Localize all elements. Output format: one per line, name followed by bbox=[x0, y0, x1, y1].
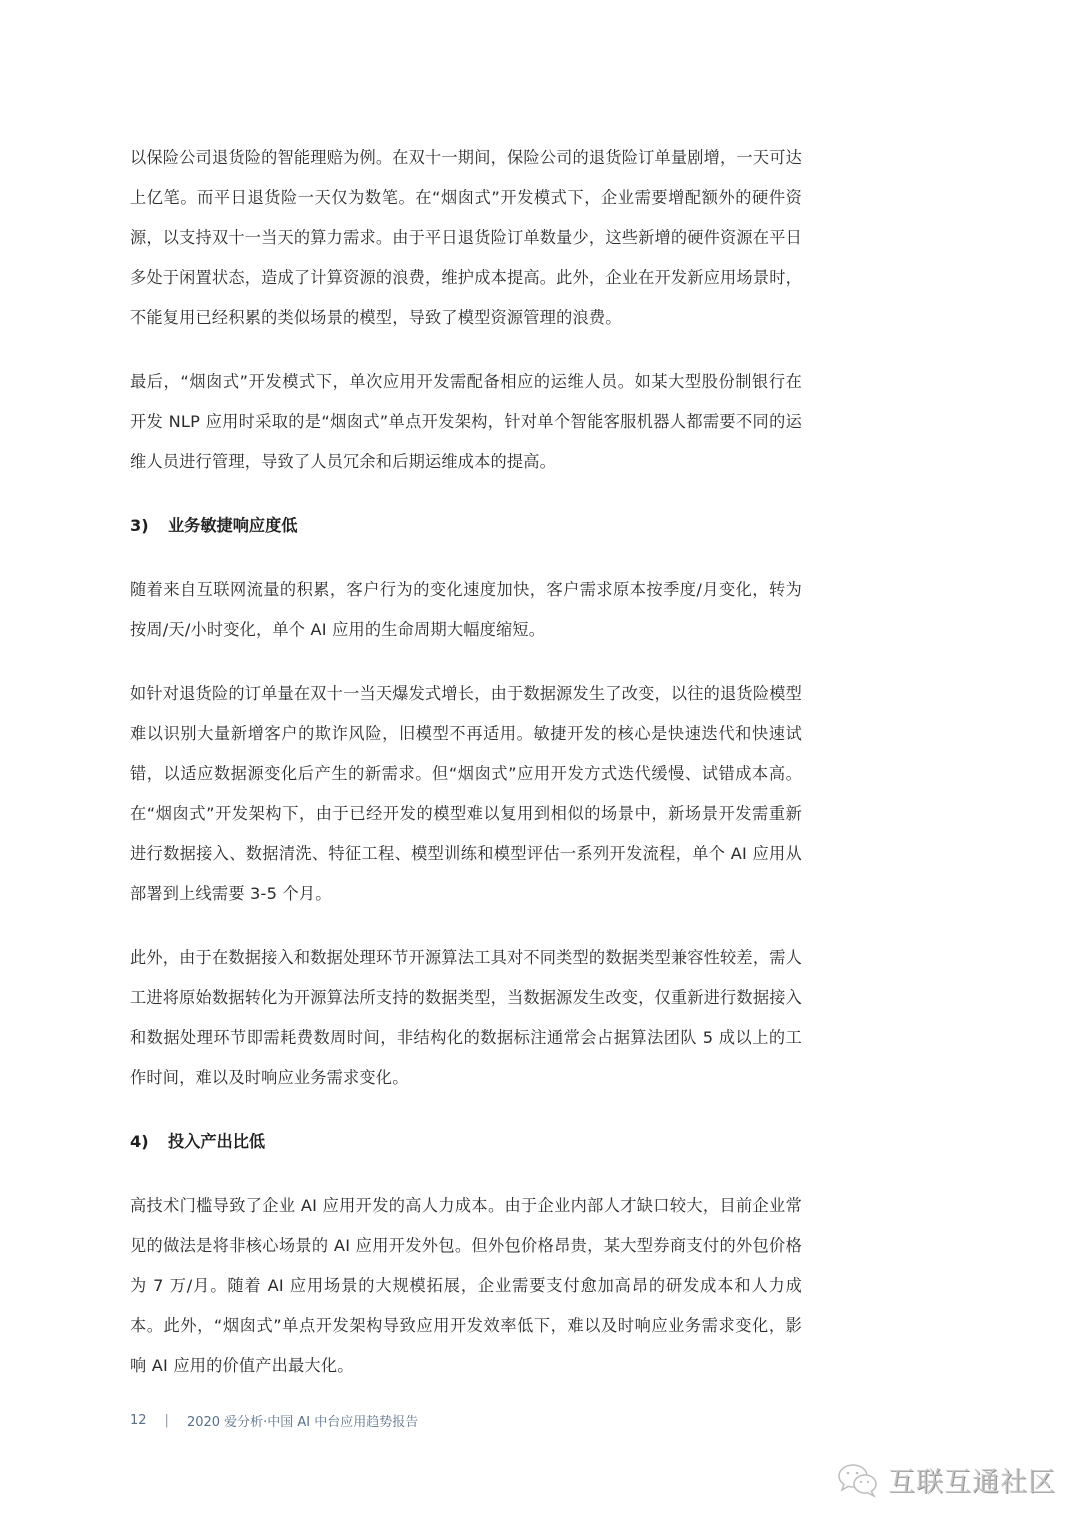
paragraph: 如针对退货险的订单量在双十一当天爆发式增长，由于数据源发生了改变，以往的退货险模… bbox=[130, 674, 802, 914]
section-number: 4) bbox=[130, 1122, 168, 1162]
watermark: 互联互通社区 bbox=[836, 1460, 1056, 1499]
paragraph: 随着来自互联网流量的积累，客户行为的变化速度加快，客户需求原本按季度/月变化，转… bbox=[130, 570, 802, 650]
wechat-icon bbox=[836, 1462, 880, 1498]
paragraph: 最后，“烟囱式”开发模式下，单次应用开发需配备相应的运维人员。如某大型股份制银行… bbox=[130, 362, 802, 482]
page-footer: 12 | 2020 爱分析·中国 AI 中台应用趋势报告 bbox=[130, 1411, 418, 1430]
paragraph: 高技术门槛导致了企业 AI 应用开发的高人力成本。由于企业内部人才缺口较大，目前… bbox=[130, 1186, 802, 1386]
page-number: 12 bbox=[130, 1413, 147, 1428]
watermark-text: 互联互通社区 bbox=[888, 1460, 1056, 1499]
section-number: 3) bbox=[130, 506, 168, 546]
document-body: 以保险公司退货险的智能理赔为例。在双十一期间，保险公司的退货险订单量剧增，一天可… bbox=[130, 138, 802, 1410]
section-heading-4: 4) 投入产出比低 bbox=[130, 1122, 802, 1162]
paragraph: 以保险公司退货险的智能理赔为例。在双十一期间，保险公司的退货险订单量剧增，一天可… bbox=[130, 138, 802, 338]
section-heading-3: 3) 业务敏捷响应度低 bbox=[130, 506, 802, 546]
section-title: 业务敏捷响应度低 bbox=[168, 506, 298, 546]
paragraph: 此外，由于在数据接入和数据处理环节开源算法工具对不同类型的数据类型兼容性较差，需… bbox=[130, 938, 802, 1098]
footer-separator: | bbox=[165, 1413, 169, 1428]
report-title: 2020 爱分析·中国 AI 中台应用趋势报告 bbox=[187, 1411, 418, 1430]
section-title: 投入产出比低 bbox=[168, 1122, 265, 1162]
